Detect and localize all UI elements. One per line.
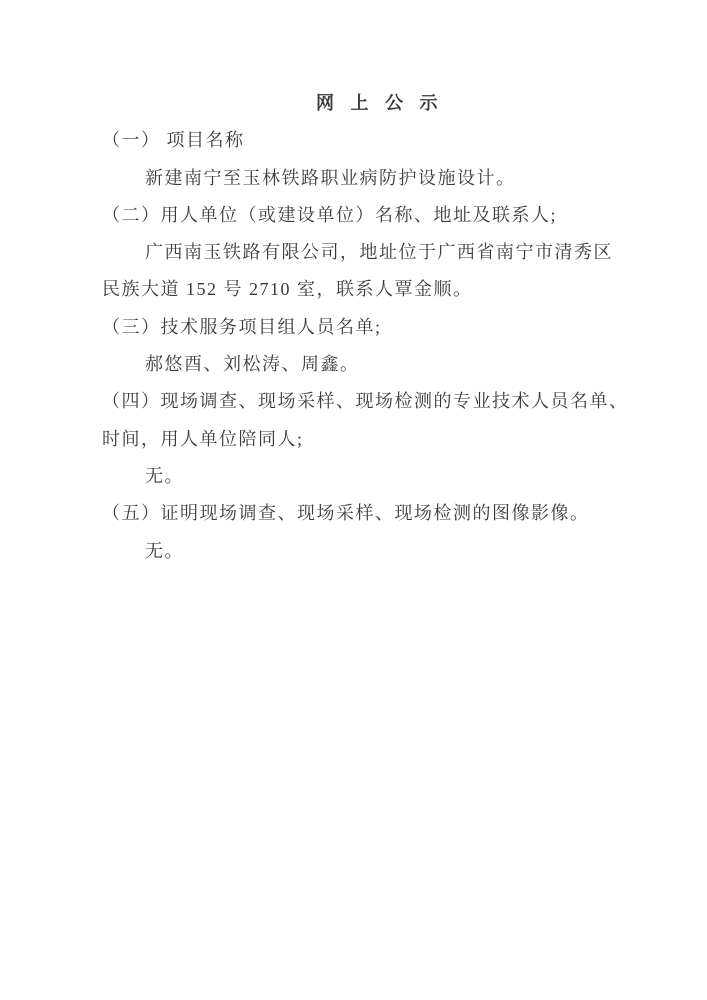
section-4-heading-line-2: 时间，用人单位陪同人;: [102, 421, 642, 458]
section-1-body-line: 新建南宁至玉林铁路职业病防护设施设计。: [102, 160, 642, 197]
document-page: 网 上 公 示 （一） 项目名称 新建南宁至玉林铁路职业病防护设施设计。 （二）…: [0, 0, 707, 1000]
section-5-body-line: 无。: [102, 533, 642, 570]
document-title: 网 上 公 示: [102, 85, 642, 122]
section-2-heading: （二）用人单位（或建设单位）名称、地址及联系人;: [102, 197, 642, 234]
section-4-heading-line-1: （四）现场调查、现场采样、现场检测的专业技术人员名单、: [102, 383, 642, 420]
section-2-body-line-1: 广西南玉铁路有限公司，地址位于广西省南宁市清秀区: [102, 234, 642, 271]
section-1-heading: （一） 项目名称: [102, 122, 642, 159]
section-2-body-line-2: 民族大道 152 号 2710 室，联系人覃金顺。: [102, 271, 642, 308]
section-3-body-line: 郝悠酉、刘松涛、周鑫。: [102, 346, 642, 383]
section-4-body-line: 无。: [102, 458, 642, 495]
section-3-heading: （三）技术服务项目组人员名单;: [102, 309, 642, 346]
document-content: 网 上 公 示 （一） 项目名称 新建南宁至玉林铁路职业病防护设施设计。 （二）…: [102, 85, 642, 570]
section-5-heading: （五）证明现场调查、现场采样、现场检测的图像影像。: [102, 495, 642, 532]
